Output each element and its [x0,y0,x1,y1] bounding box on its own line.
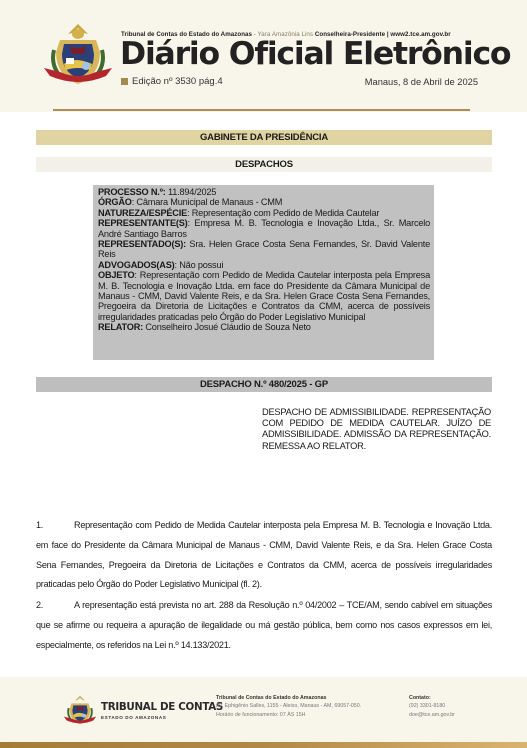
paragraph-2: 2.A representação está prevista no art. … [36,596,492,655]
info-advogados: ADVOGADOS(AS): Não possui [98,260,430,270]
header-divider [53,109,470,111]
paragraph-number: 2. [36,596,74,616]
footer-address: Tribunal de Contas do Estado do Amazonas… [216,694,361,719]
page-header: Tribunal de Contas do Estado do Amazonas… [0,0,527,112]
paragraph-1: 1.Representação com Pedido de Medida Cau… [36,516,492,595]
footer-brand: TRIBUNAL DE CONTAS [101,701,223,713]
page-footer: TRIBUNAL DE CONTAS ESTADO DO AMAZONAS Tr… [0,677,527,742]
info-representantes: REPRESENTANTE(S): Empresa M. B. Tecnolog… [98,218,430,239]
footer-email[interactable]: doe@tce.am.gov.br [409,711,455,719]
paragraph-number: 1. [36,516,74,536]
info-natureza: NATUREZA/ESPÉCIE: Representação com Pedi… [98,208,430,218]
ementa-summary: DESPACHO DE ADMISSIBILIDADE. REPRESENTAÇ… [262,407,491,452]
footer-contact: Contato: (92) 3301-8180 doe@tce.am.gov.b… [409,694,455,719]
section-gabinete: GABINETE DA PRESIDÊNCIA [36,130,492,145]
page-title: Diário Oficial Eletrônico [120,37,510,71]
info-processo: PROCESSO N.º: 11.894/2025 [98,187,430,197]
paragraph-text: Representação com Pedido de Medida Caute… [36,520,492,589]
info-representados: REPRESENTADO(S): Sra. Helen Grace Costa … [98,239,430,260]
edition-label: Edição nº 3530 pág.4 [121,76,223,87]
info-relator: RELATOR: Conselheiro Josué Cláudio de So… [98,322,430,332]
info-objeto: OBJETO: Representação com Pedido de Medi… [98,270,430,322]
process-info-box: PROCESSO N.º: 11.894/2025 ÓRGÃO: Câmara … [93,185,434,360]
info-orgao: ÓRGÃO: Câmara Municipal de Manaus - CMM [98,197,430,207]
square-bullet-icon [121,78,128,85]
paragraph-text: A representação está prevista no art. 28… [36,600,492,650]
publication-date: Manaus, 8 de Abril de 2025 [365,77,478,87]
footer-gold-bar [0,742,527,748]
footer-brand-sub: ESTADO DO AMAZONAS [101,715,166,720]
coat-of-arms-icon [40,20,116,92]
coat-of-arms-icon [62,692,98,730]
despacho-number-bar: DESPACHO N.º 480/2025 - GP [36,377,492,392]
section-despachos: DESPACHOS [36,157,492,172]
footer-phone: (92) 3301-8180 [409,702,455,710]
